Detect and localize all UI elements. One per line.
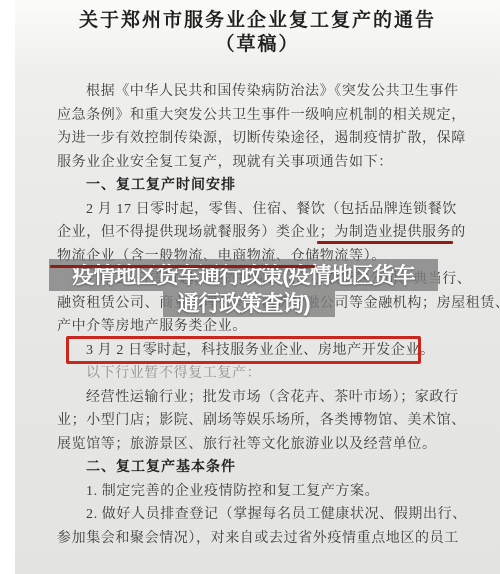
red-underline-annotation-2 [50, 265, 315, 268]
doc-line: 以下行业暂不得复工复产： [57, 362, 457, 386]
doc-line: 2. 做好人员排查登记（掌握每名员工健康状况、假期出行、 [57, 503, 457, 527]
doc-line: 服务业企业安全复工复产，现就有关事项通告如下： [57, 151, 457, 175]
doc-line: 2 月 17 日零时起，零售、住宿、餐饮（包括品牌连锁餐饮 [57, 198, 457, 222]
doc-line: 为进一步有效控制传染源，切断传染途径，遏制疫情扩散，保障 [57, 127, 457, 151]
watermark-caption-line2: 通行政策查询) [49, 290, 438, 318]
document-title: 关于郑州市服务业企业复工复产的通告 （草稿） [15, 9, 500, 57]
doc-line: 参加集会和聚会情况），对来自或去过省外疫情重点地区的员工 [57, 527, 457, 551]
doc-line: 产中介等房地产服务类企业。 [57, 315, 457, 339]
document-title-line2: （草稿） [15, 33, 500, 57]
red-underline-annotation-1 [317, 241, 453, 244]
section-heading-2: 二、复工复产基本条件 [57, 456, 457, 480]
doc-line: 根据《中华人民共和国传染病防治法》《突发公共卫生事件 [57, 80, 457, 104]
doc-line: 展览馆等；旅游景区、旅行社等文化旅游业以及经营单位。 [57, 433, 457, 457]
doc-line: 应急条例》和重大突发公共卫生事件一级响应机制的相关规定， [57, 104, 457, 128]
doc-line: 经营性运输行业；批发市场（含花卉、茶叶市场）；家政行 [57, 386, 457, 410]
red-highlight-box [66, 336, 421, 364]
doc-line: 1. 制定完善的企业疫情防控和复工复产方案。 [57, 480, 457, 504]
doc-line: 业；小型门店；影院、剧场等娱乐场所，各类博物馆、美术馆、 [57, 409, 457, 433]
section-heading-1: 一、复工复产时间安排 [57, 174, 457, 198]
document-title-line1: 关于郑州市服务业企业复工复产的通告 [15, 9, 500, 33]
watermark-caption: 疫情地区货车通行政策(疫情地区货车 通行政策查询) [49, 262, 438, 318]
